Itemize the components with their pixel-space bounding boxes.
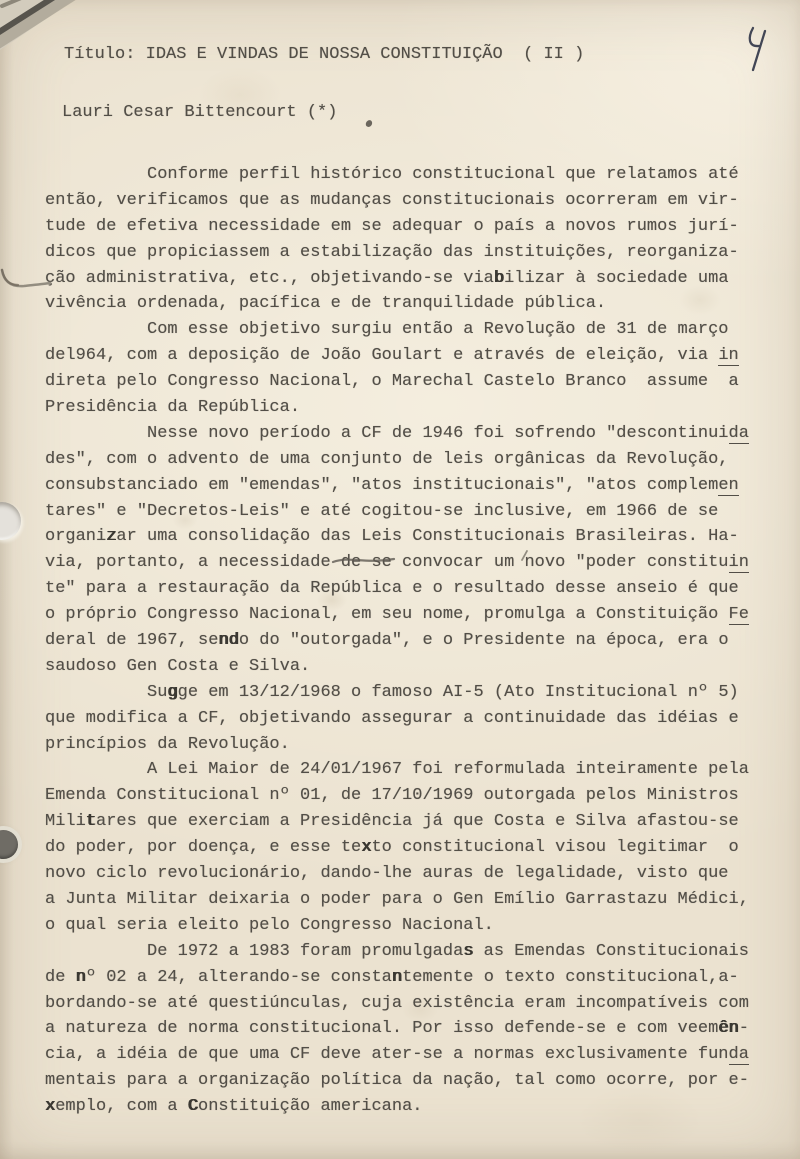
punch-hole-bottom [0,830,18,859]
text-line: saudoso Gen Costa e Silva. [45,654,785,680]
text-line: Nesse novo período a CF de 1946 foi sofr… [45,421,785,447]
text-line: del964, com a deposição de João Goulart … [45,343,785,369]
text-line: Presidência da República. [45,395,785,421]
text-line: via, portanto, a necessidade de se convo… [45,550,785,576]
author-byline: Lauri Cesar Bittencourt (*) [62,103,337,122]
text-line: deral de 1967, sendo do "outorgada", e o… [45,628,785,654]
text-line: vivência ordenada, pacífica e de tranqui… [45,291,785,317]
handwritten-page-number: 4 [740,20,780,85]
text-line: o próprio Congresso Nacional, em seu nom… [45,602,785,628]
text-line: Conforme perfil histórico constitucional… [45,162,785,188]
text-line: organizar uma consolidação das Leis Cons… [45,524,785,550]
document-title: Título: IDAS E VINDAS DE NOSSA CONSTITUI… [64,45,584,64]
text-line: mentais para a organização política da n… [45,1068,785,1094]
text-line: consubstanciado em "emendas", "atos inst… [45,473,785,499]
text-line: que modifica a CF, objetivando assegurar… [45,706,785,732]
text-line: do poder, por doença, e esse texto const… [45,835,785,861]
text-line: tude de efetiva necessidade em se adequa… [45,214,785,240]
text-line: novo ciclo revolucionário, dando-lhe aur… [45,861,785,887]
ink-speck [365,119,373,128]
text-line: Sugge em 13/12/1968 o famoso AI-5 (Ato I… [45,680,785,706]
text-line: Com esse objetivo surgiu então a Revoluç… [45,317,785,343]
text-line: então, verificamos que as mudanças const… [45,188,785,214]
text-line: Emenda Constitucional nº 01, de 17/10/19… [45,783,785,809]
text-line: a natureza de norma constitucional. Por … [45,1016,785,1042]
typewritten-body: Conforme perfil histórico constitucional… [45,162,785,1120]
text-line: direta pelo Congresso Nacional, o Marech… [45,369,785,395]
text-line: cia, a idéia de que uma CF deve ater-se … [45,1042,785,1068]
text-line: bordando-se até questiúnculas, cuja exis… [45,991,785,1017]
pen-tick-mark [519,549,531,563]
text-line: xemplo, com a Constituição americana. [45,1094,785,1120]
handwritten-4-strokes [740,20,780,80]
text-line: princípios da Revolução. [45,732,785,758]
pen-strike-mark [330,553,400,569]
scanned-typewritten-page: 4 Título: IDAS E VINDAS DE NOSSA CONSTIT… [0,0,800,1159]
punch-hole-top [0,502,21,540]
text-line: te" para a restauração da República e o … [45,576,785,602]
text-line: ção administrativa, etc., objetivando-se… [45,266,785,292]
text-line: dicos que propiciassem a estabilização d… [45,240,785,266]
text-line: De 1972 a 1983 foram promulgadas as Emen… [45,939,785,965]
text-line: A Lei Maior de 24/01/1967 foi reformulad… [45,757,785,783]
text-line: a Junta Militar deixaria o poder para o … [45,887,785,913]
text-line: Militares que exerciam a Presidência já … [45,809,785,835]
text-line: des", com o advento de uma conjunto de l… [45,447,785,473]
text-line: tares" e "Decretos-Leis" e até cogitou-s… [45,499,785,525]
text-line: o qual seria eleito pelo Congresso Nacio… [45,913,785,939]
margin-pen-mark [0,260,56,298]
text-line: de nº 02 a 24, alterando-se constantemen… [45,965,785,991]
